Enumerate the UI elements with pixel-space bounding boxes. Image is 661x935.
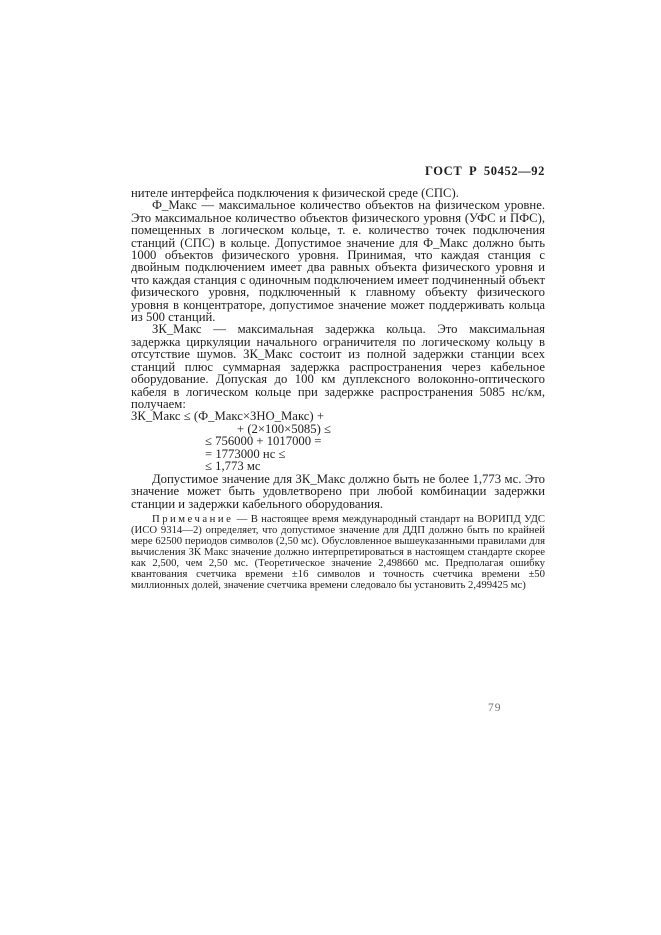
formula-line: ≤ 756000 + 1017000 = — [205, 435, 545, 448]
note-block: Примечание — В настоящее время междунаро… — [131, 514, 545, 591]
paragraph-allowed-value: Допустимое значение для ЗК_Макс должно б… — [131, 473, 545, 510]
paragraph-zk-max: ЗК_Макс — максимальная задержка кольца. … — [131, 323, 545, 410]
text-column: ГОСТ Р 50452—92 нителе интерфейса подклю… — [131, 164, 545, 591]
standard-code-header: ГОСТ Р 50452—92 — [131, 164, 545, 179]
note-text: — В настоящее время международный станда… — [131, 513, 545, 591]
body-text: нителе интерфейса подключения к физическ… — [131, 187, 545, 591]
formula-line: ЗК_Макс ≤ (Ф_Макс×ЗНО_Макс) + — [131, 410, 545, 423]
formula-block: ЗК_Макс ≤ (Ф_Макс×ЗНО_Макс) + + (2×100×5… — [131, 410, 545, 473]
page-number: 79 — [488, 702, 502, 714]
document-page: ГОСТ Р 50452—92 нителе интерфейса подклю… — [0, 0, 661, 935]
paragraph-f-max: Ф_Макс — максимальное количество объекто… — [131, 199, 545, 323]
formula-line: ≤ 1,773 мс — [205, 460, 545, 473]
